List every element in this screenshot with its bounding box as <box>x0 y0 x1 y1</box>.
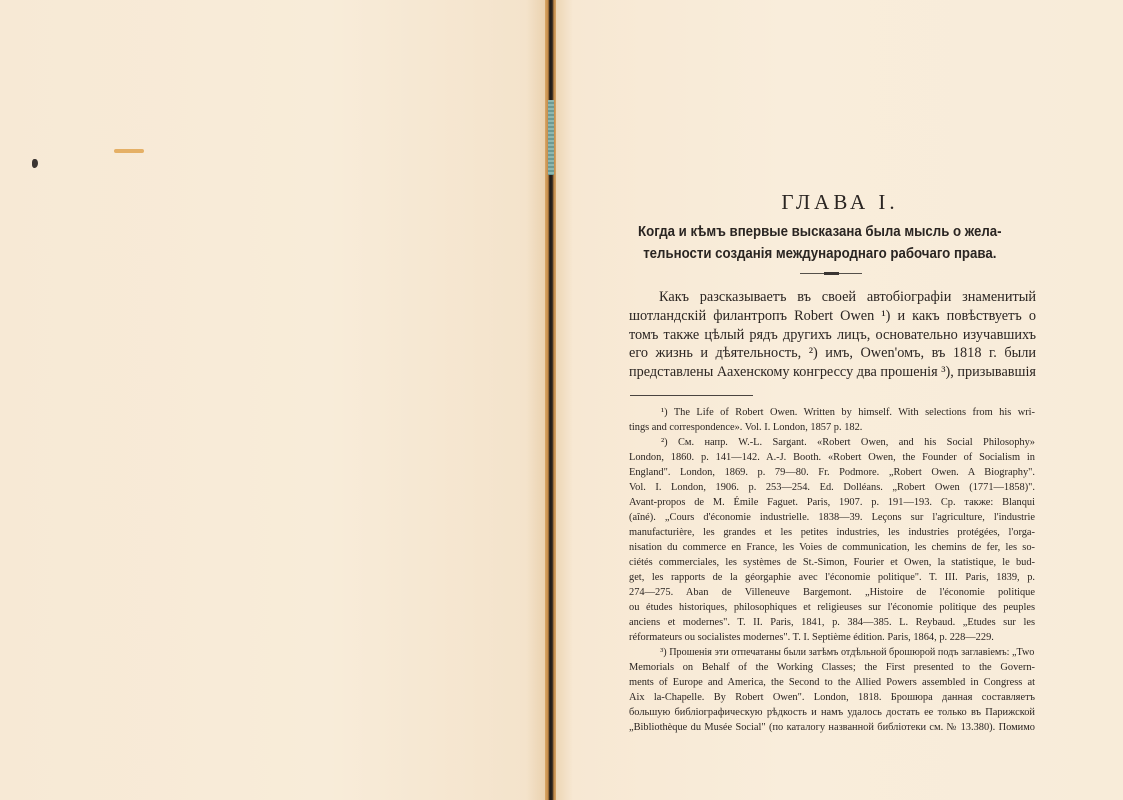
footnote-line: Vol. I. London, 1906. p. 253—254. Ed. Do… <box>629 480 1035 495</box>
footnote-line: Aix la-Chapelle. By Robert Owen". London… <box>629 690 1035 705</box>
subtitle-line: Когда и кѣмъ впервые высказана была мысл… <box>622 221 1018 243</box>
footnote-line: get, les rapports de la géorgaphie avec … <box>629 570 1035 585</box>
footnote-line: anciens et modernes". T. II. Paris, 1841… <box>629 615 1035 630</box>
body-line: его жизнь и дѣятельность, ²) имъ, Owen'о… <box>629 344 1036 363</box>
footnote-line: manufacturière, les grandes et les petit… <box>629 525 1035 540</box>
paper-stain-mark <box>114 149 144 153</box>
section-divider-center <box>824 272 839 275</box>
footnote-line: tings and correspondence». Vol. I. Londo… <box>629 420 1035 435</box>
footnote-line: ²) См. напр. W.-L. Sargant. «Robert Owen… <box>629 435 1035 450</box>
footnote-line: Avant-propos de M. Émile Faguet. Paris, … <box>629 495 1035 510</box>
footnote-line: 274—275. Aban de Villeneuve Bargemont. „… <box>629 585 1035 600</box>
body-line: томъ также цѣлый рядъ другихъ лицъ, осно… <box>629 326 1036 345</box>
subtitle-line: тельности созданія международнаго рабоча… <box>622 243 1018 265</box>
footnote-line: réformateurs ou socialistes modernes". T… <box>629 630 1035 645</box>
body-line: шотландскій филантропъ Robert Owen ¹) и … <box>629 307 1036 326</box>
footnotes: ¹) The Life of Robert Owen. Written by h… <box>629 405 1035 735</box>
footnote-line: England". London, 1869. p. 79—80. Fr. Po… <box>629 465 1035 480</box>
footnote-line: ciétés commerciales, les systèmes de St.… <box>629 555 1035 570</box>
footnote-separator <box>630 395 753 396</box>
body-paragraph: Какъ разсказываетъ въ своей автобіографі… <box>629 288 1036 382</box>
footnote-line: London, 1860. p. 141—142. A.-J. Booth. «… <box>629 450 1035 465</box>
left-page-blank <box>0 0 548 800</box>
footnote-line: ¹) The Life of Robert Owen. Written by h… <box>629 405 1035 420</box>
footnote-line: ³) Прошенія эти отпечатаны были затѣмъ о… <box>629 645 1034 660</box>
footnote-line: ments of Europe and America, the Second … <box>629 675 1035 690</box>
footnote-line: Memorials on Behalf of the Working Class… <box>629 660 1035 675</box>
binding-thread <box>548 100 554 175</box>
body-line: Какъ разсказываетъ въ своей автобіографі… <box>629 288 1036 307</box>
footnote-line: (aîné). „Cours d'économie industrielle. … <box>629 510 1035 525</box>
footnote-line: nisation du commerce en France, les Voie… <box>629 540 1035 555</box>
chapter-title: ГЛАВА I. <box>600 190 1080 215</box>
footnote-line: большую библіографическую рѣдкость и нам… <box>629 705 1035 720</box>
footnote-line: ou études historiques, philosophiques et… <box>629 600 1035 615</box>
chapter-subtitle: Когда и кѣмъ впервые высказана была мысл… <box>622 221 1018 265</box>
body-line: представлены Аахенскому конгрессу два пр… <box>629 363 1036 382</box>
footnote-line: „Bibliothèque du Musée Social" (по катал… <box>629 720 1035 735</box>
